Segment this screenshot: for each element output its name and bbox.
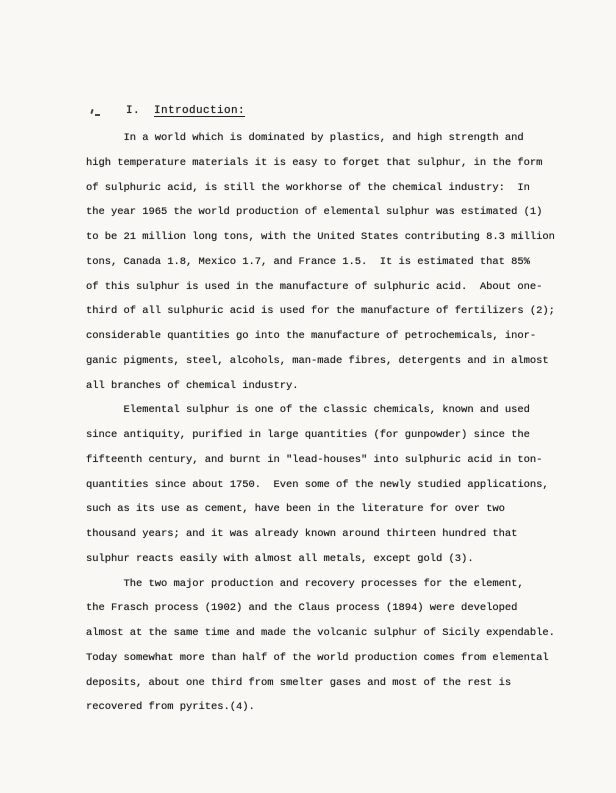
scanned-document-page: I.Introduction: In a world which is domi… (0, 0, 616, 793)
text-line: The two major production and recovery pr… (86, 572, 586, 597)
text-line: since antiquity, purified in large quant… (86, 423, 586, 448)
document-body-text: In a world which is dominated by plastic… (86, 126, 586, 720)
text-line: recovered from pyrites.(4). (86, 695, 586, 720)
text-line: to be 21 million long tons, with the Uni… (86, 225, 586, 250)
text-line: the Frasch process (1902) and the Claus … (86, 596, 586, 621)
text-line: almost at the same time and made the vol… (86, 621, 586, 646)
text-line: of this sulphur is used in the manufactu… (86, 275, 586, 300)
text-line: quantities since about 1750. Even some o… (86, 473, 586, 498)
text-line: Elemental sulphur is one of the classic … (86, 398, 586, 423)
text-line: deposits, about one third from smelter g… (86, 671, 586, 696)
section-title: Introduction: (154, 105, 245, 117)
text-line: Today somewhat more than half of the wor… (86, 646, 586, 671)
text-line: such as its use as cement, have been in … (86, 497, 586, 522)
text-line: sulphur reacts easily with almost all me… (86, 547, 586, 572)
text-line: high temperature materials it is easy to… (86, 151, 586, 176)
text-line: In a world which is dominated by plastic… (86, 126, 586, 151)
text-line: thousand years; and it was already known… (86, 522, 586, 547)
text-line: third of all sulphuric acid is used for … (86, 299, 586, 324)
text-line: ganic pigments, steel, alcohols, man-mad… (86, 349, 586, 374)
text-line: considerable quantities go into the manu… (86, 324, 586, 349)
section-heading: I.Introduction: (98, 93, 245, 129)
text-line: the year 1965 the world production of el… (86, 200, 586, 225)
section-numeral: I. (126, 105, 140, 117)
text-line: all branches of chemical industry. (86, 374, 586, 399)
text-line: fifteenth century, and burnt in "lead-ho… (86, 448, 586, 473)
text-line: tons, Canada 1.8, Mexico 1.7, and France… (86, 250, 586, 275)
stray-tick-mark (90, 109, 93, 114)
text-line: of sulphuric acid, is still the workhors… (86, 176, 586, 201)
